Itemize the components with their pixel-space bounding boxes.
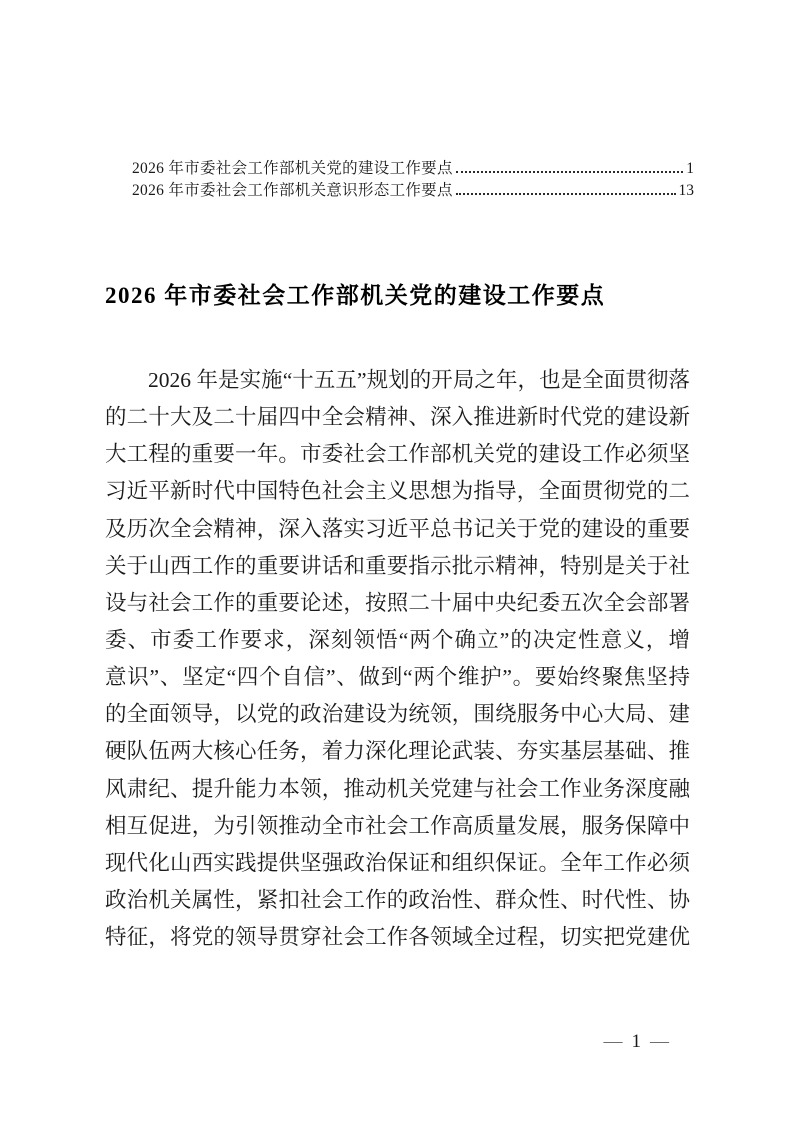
- body-line: 硬队伍两大核心任务，着力深化理论武装、夯实基层基础、推进正: [105, 733, 690, 770]
- table-of-contents: 2026 年市委社会工作部机关党的建设工作要点 1 2026 年市委社会工作部机…: [132, 158, 694, 202]
- toc-dot-leader: [456, 193, 676, 195]
- body-line: 风肃纪、提升能力本领，推动机关党建与社会工作业务深度融合、: [105, 771, 690, 808]
- body-line: 特征，将党的领导贯穿社会工作各领域全过程，切实把党建优势转: [105, 919, 690, 956]
- toc-page-number: 13: [679, 180, 695, 202]
- body-paragraph: 2026 年是实施“十五五”规划的开局之年，也是全面贯彻落实党 的二十大及二十届…: [105, 362, 690, 956]
- body-line: 委、市委工作要求，深刻领悟“两个确立”的决定性意义，增强“四个: [105, 622, 690, 659]
- toc-dot-leader: [456, 171, 683, 173]
- body-line: 设与社会工作的重要论述，按照二十届中央纪委五次全会部署及省: [105, 585, 690, 622]
- toc-entry-party-building[interactable]: 2026 年市委社会工作部机关党的建设工作要点 1: [132, 158, 694, 180]
- footer-right-dash: —: [650, 1031, 669, 1052]
- page-footer: —1—: [604, 1030, 670, 1054]
- toc-entry-ideology[interactable]: 2026 年市委社会工作部机关意识形态工作要点 13: [132, 180, 694, 202]
- body-line: 关于山西工作的重要讲话和重要指示批示精神，特别是关于社会建: [105, 548, 690, 585]
- page-number: 1: [632, 1031, 642, 1052]
- footer-left-dash: —: [604, 1031, 623, 1052]
- body-line: 2026 年是实施“十五五”规划的开局之年，也是全面贯彻落实党: [105, 362, 690, 399]
- body-line: 习近平新时代中国特色社会主义思想为指导，全面贯彻党的二十大: [105, 473, 690, 510]
- body-line: 现代化山西实践提供坚强政治保证和组织保证。全年工作必须突出: [105, 845, 690, 882]
- document-page: 2026 年市委社会工作部机关党的建设工作要点 1 2026 年市委社会工作部机…: [0, 0, 793, 1122]
- toc-entry-title: 2026 年市委社会工作部机关意识形态工作要点: [132, 180, 453, 202]
- body-line: 的二十大及二十届四中全会精神、深入推进新时代党的建设新的伟: [105, 399, 690, 436]
- document-title: 2026 年市委社会工作部机关党的建设工作要点: [105, 280, 690, 312]
- body-line: 的全面领导，以党的政治建设为统领，围绕服务中心大局、建设过: [105, 696, 690, 733]
- body-line: 大工程的重要一年。市委社会工作部机关党的建设工作必须坚持以: [105, 436, 690, 473]
- toc-entry-title: 2026 年市委社会工作部机关党的建设工作要点: [132, 158, 453, 180]
- body-line: 相互促进，为引领推动全市社会工作高质量发展，服务保障中国式: [105, 808, 690, 845]
- body-line: 政治机关属性，紧扣社会工作的政治性、群众性、时代性、协同性: [105, 882, 690, 919]
- toc-page-number: 1: [686, 158, 694, 180]
- body-line: 及历次全会精神，深入落实习近平总书记关于党的建设的重要思想、: [105, 511, 690, 548]
- body-line: 意识”、坚定“四个自信”、做到“两个维护”。要始终聚焦坚持和加强党: [105, 659, 690, 696]
